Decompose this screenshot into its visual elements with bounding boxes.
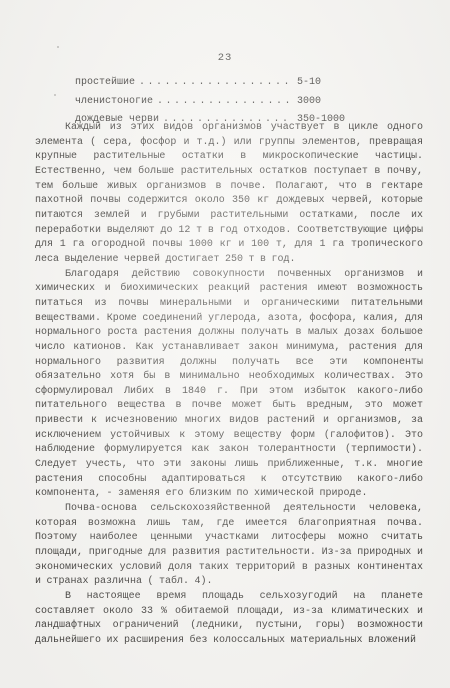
- dot-leader: ........................: [139, 77, 289, 88]
- list-item: простейшие ........................ 5-10: [75, 77, 375, 96]
- paragraph-soil-organisms: Каждый из этих видов организмов участвуе…: [35, 121, 423, 268]
- paragraph-law-of-minimum: Благодаря действию совокупности почвенны…: [35, 268, 423, 503]
- organism-value: 5-10: [289, 77, 375, 88]
- paragraph-farmland-area: В настоящее время площадь сельхозугодий …: [35, 590, 423, 649]
- document-page: 23 простейшие ........................ 5…: [0, 0, 450, 688]
- dot-leader: ........................: [157, 96, 289, 107]
- list-item: членистоногие ........................ 3…: [75, 96, 375, 115]
- organism-label: простейшие: [75, 77, 139, 88]
- scan-speck: [57, 46, 59, 48]
- scan-speck: [54, 94, 56, 96]
- body-text: Каждый из этих видов организмов участвуе…: [35, 121, 423, 649]
- organism-value: 3000: [289, 96, 375, 107]
- organism-label: членистоногие: [75, 96, 157, 107]
- page-number: 23: [0, 52, 450, 64]
- paragraph-soil-agriculture: Почва-основа сельскохозяйственной деятел…: [35, 502, 423, 590]
